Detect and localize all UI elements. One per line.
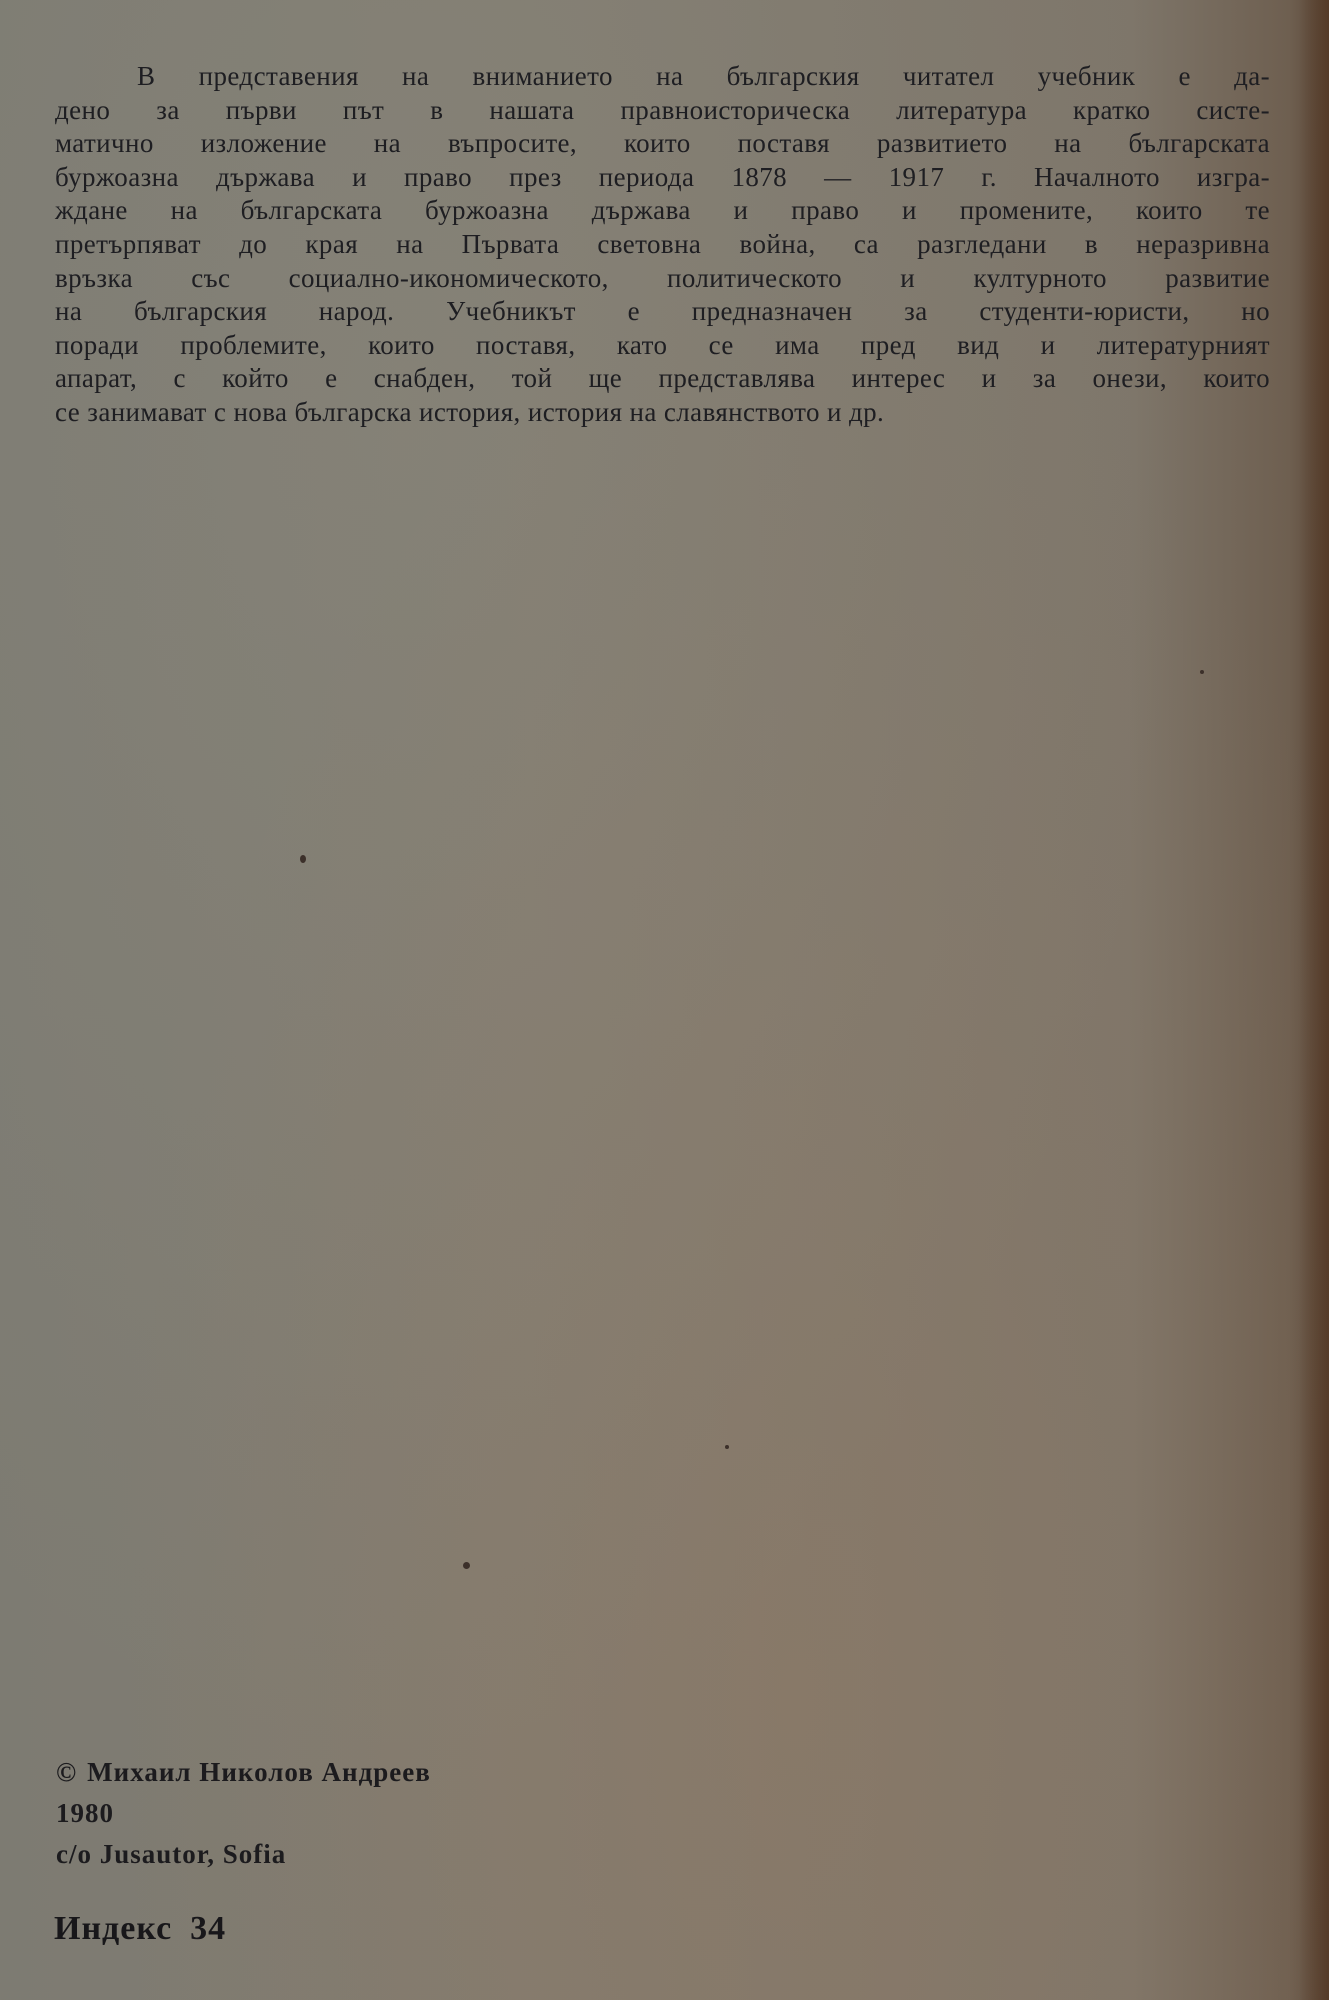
abstract-line: претърпяват до края на Първата световна … xyxy=(55,228,1270,262)
abstract-line: В представения на вниманието на българск… xyxy=(55,60,1270,94)
book-page: В представения на вниманието на българск… xyxy=(0,0,1329,2000)
paper-speck xyxy=(725,1445,729,1449)
abstract-line: връзка със социално-икономическото, поли… xyxy=(55,262,1270,296)
abstract-line: се занимават с нова българска история, и… xyxy=(55,396,1270,430)
abstract-line: апарат, с който е снабден, той ще предст… xyxy=(55,362,1270,396)
copyright-block: ©Михаил Николов Андреев 1980 c/o Jusauto… xyxy=(56,1752,431,1875)
index-line: Индекс34 xyxy=(54,1910,226,1948)
index-label: Индекс xyxy=(54,1910,172,1947)
abstract-line: поради проблемите, които поставя, като с… xyxy=(55,329,1270,363)
index-number: 34 xyxy=(190,1910,226,1947)
copyright-agency: c/o Jusautor, Sofia xyxy=(56,1834,431,1875)
paper-speck xyxy=(300,855,306,863)
abstract-paragraph: В представения на вниманието на българск… xyxy=(55,60,1270,430)
copyright-year: 1980 xyxy=(56,1793,431,1834)
abstract-line: матично изложение на въпросите, които по… xyxy=(55,127,1270,161)
abstract-line: дено за първи път в нашата правноисторич… xyxy=(55,94,1270,128)
paper-speck xyxy=(1200,670,1204,674)
copyright-author: Михаил Николов Андреев xyxy=(87,1757,431,1787)
abstract-line: буржоазна държава и право през периода 1… xyxy=(55,161,1270,195)
abstract-line: ждане на българската буржоазна държава и… xyxy=(55,194,1270,228)
copyright-line: ©Михаил Николов Андреев xyxy=(56,1752,431,1793)
copyright-icon: © xyxy=(56,1757,77,1787)
abstract-line: на българския народ. Учебникът е предназ… xyxy=(55,295,1270,329)
paper-speck xyxy=(463,1562,470,1569)
